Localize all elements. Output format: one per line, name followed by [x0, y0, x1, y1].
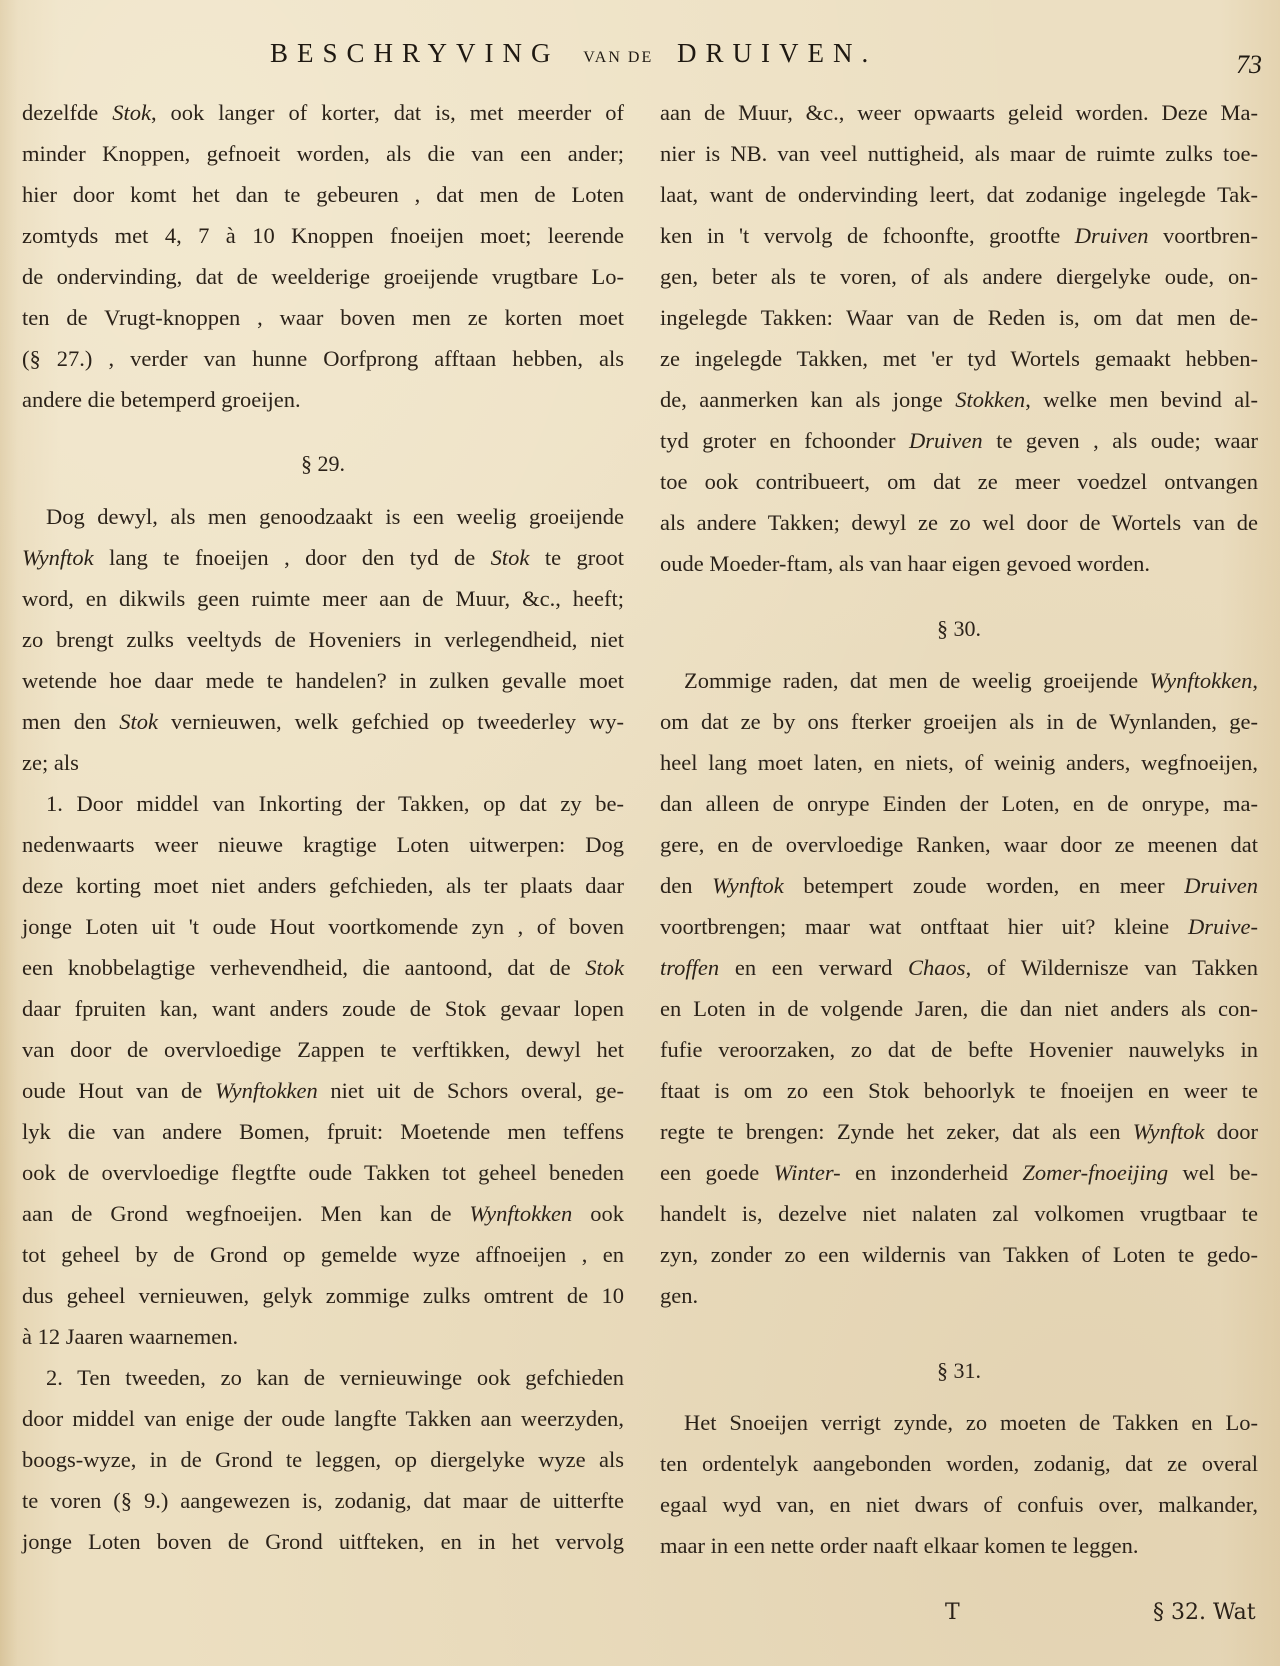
- text-line: ze ingelegde Takken, met 'er tyd Wortels…: [660, 342, 1258, 376]
- text-line: voortbrengen; maar wat ontftaat hier uit…: [660, 910, 1258, 944]
- text-segment: boogs-wyze, in de Grond te leggen, op di…: [22, 1447, 624, 1472]
- text-line: à 12 Jaaren waarnemen.: [22, 1320, 624, 1354]
- text-segment: fufie veroorzaken, zo dat de befte Hoven…: [660, 1037, 1258, 1062]
- text-line: heel lang moet laten, en niets, of weini…: [660, 746, 1258, 780]
- text-segment: ze; als: [22, 750, 79, 775]
- text-line: Dog dewyl, als men genoodzaakt is een we…: [22, 500, 624, 534]
- text-line: oude Hout van de Wynftokken niet uit de …: [22, 1074, 624, 1108]
- italic-term: Stok: [119, 709, 158, 734]
- text-line: te voren (§ 9.) aangewezen is, zodanig, …: [22, 1484, 624, 1518]
- text-segment: de, aanmerken kan als jonge: [660, 387, 955, 412]
- italic-term: Druiven: [909, 428, 983, 453]
- text-line: Het Snoeijen verrigt zynde, zo moeten de…: [660, 1406, 1258, 1440]
- text-segment: en inzonderheid: [841, 1160, 1023, 1185]
- page-number: 73: [1236, 50, 1262, 80]
- text-segment: van door de overvloedige Zappen te verft…: [22, 1037, 624, 1062]
- text-line: ingelegde Takken: Waar van de Reden is, …: [660, 301, 1258, 335]
- text-line: fufie veroorzaken, zo dat de befte Hoven…: [660, 1033, 1258, 1067]
- text-line: troffen en een verward Chaos, of Wildern…: [660, 951, 1258, 985]
- text-segment: door middel van enige der oude langfte T…: [22, 1406, 624, 1431]
- text-segment: (§ 27.) , verder van hunne Oorfprong aff…: [22, 346, 624, 371]
- text-line: nier is NB. van veel nuttigheid, als maa…: [660, 137, 1258, 171]
- italic-term: Stokken: [955, 387, 1025, 412]
- text-segment: lang te fnoeijen , door den tyd de: [94, 545, 491, 570]
- text-segment: oude Hout van de: [22, 1078, 215, 1103]
- text-segment: te groot: [529, 545, 624, 570]
- text-line: de ondervinding, dat de weelderige groei…: [22, 260, 624, 294]
- running-head-word-3: DRUIVEN.: [677, 38, 877, 68]
- catchword: § 32. Wat: [1153, 1600, 1256, 1625]
- text-segment: maar in een nette order naaft elkaar kom…: [660, 1533, 1139, 1558]
- text-segment: dezelfde: [22, 100, 112, 125]
- text-line: minder Knoppen, gefnoeit worden, als die…: [22, 137, 624, 171]
- text-segment: wel be-: [1168, 1160, 1258, 1185]
- text-segment: nier is NB. van veel nuttigheid, als maa…: [660, 141, 1258, 166]
- section-heading: § 30.: [660, 616, 1258, 642]
- text-segment: Dog dewyl, als men genoodzaakt is een we…: [46, 504, 624, 529]
- text-segment: aan de Muur, &c., weer opwaarts geleid w…: [660, 100, 1258, 125]
- text-line: ten ordentelyk aangebonden worden, zodan…: [660, 1447, 1258, 1481]
- text-segment: een knobbelagtige verhevendheid, die aan…: [22, 955, 585, 980]
- text-segment: wetende hoe daar mede te handelen? in zu…: [22, 668, 624, 693]
- text-segment: den: [660, 873, 712, 898]
- text-line: tyd groter en fchoonder Druiven te geven…: [660, 424, 1258, 458]
- text-line: een knobbelagtige verhevendheid, die aan…: [22, 951, 624, 985]
- text-segment: à 12 Jaaren waarnemen.: [22, 1324, 238, 1349]
- italic-term: troffen: [660, 955, 719, 980]
- text-segment: zyn, zonder zo een wildernis van Takken …: [660, 1242, 1258, 1267]
- text-line: (§ 27.) , verder van hunne Oorfprong aff…: [22, 342, 624, 376]
- text-line: andere die betemperd groeijen.: [22, 383, 624, 417]
- text-line: tot geheel by de Grond op gemelde wyze a…: [22, 1238, 624, 1272]
- text-segment: toe ook contribueert, om dat ze meer voe…: [660, 469, 1258, 494]
- text-line: daar fpruiten kan, want anders zoude de …: [22, 992, 624, 1026]
- text-segment: aan de Grond wegfnoeijen. Men kan de: [22, 1201, 469, 1226]
- text-segment: tot geheel by de Grond op gemelde wyze a…: [22, 1242, 624, 1267]
- text-line: gere, en de overvloedige Ranken, waar do…: [660, 828, 1258, 862]
- text-segment: voortbren-: [1149, 223, 1258, 248]
- text-line: ken in 't vervolg de fchoonfte, grootfte…: [660, 219, 1258, 253]
- text-segment: 2. Ten tweeden, zo kan de vernieuwinge o…: [46, 1365, 624, 1390]
- text-segment: zomtyds met 4, 7 à 10 Knoppen fnoeijen m…: [22, 223, 624, 248]
- text-segment: nedenwaarts weer nieuwe kragtige Loten u…: [22, 832, 624, 857]
- text-line: ze; als: [22, 746, 624, 780]
- text-segment: , ook langer of korter, dat is, met meer…: [151, 100, 624, 125]
- text-line: gen, beter als te voren, of als andere d…: [660, 260, 1258, 294]
- text-segment: en Loten in de volgende Jaren, die dan n…: [660, 996, 1258, 1021]
- text-segment: heel lang moet laten, en niets, of weini…: [660, 750, 1258, 775]
- text-line: Zommige raden, dat men de weelig groeije…: [660, 664, 1258, 698]
- text-line: ook de overvloedige flegtfte oude Takken…: [22, 1156, 624, 1190]
- text-segment: vernieuwen, welk gefchied op tweederley …: [158, 709, 624, 734]
- text-segment: betempert zoude worden, en meer: [784, 873, 1185, 898]
- text-segment: ze ingelegde Takken, met 'er tyd Wortels…: [660, 346, 1258, 371]
- text-segment: 1. Door middel van Inkorting der Takken,…: [46, 791, 624, 816]
- text-segment: zo brengt zulks veeltyds de Hoveniers in…: [22, 627, 624, 652]
- text-line: boogs-wyze, in de Grond te leggen, op di…: [22, 1443, 624, 1477]
- text-segment: als andere Takken; dewyl ze zo wel door …: [660, 510, 1258, 535]
- text-line: zyn, zonder zo een wildernis van Takken …: [660, 1238, 1258, 1272]
- text-segment: oude Moeder-ftam, als van haar eigen gev…: [660, 551, 1150, 576]
- text-segment: handelt is, dezelve niet nalaten zal vol…: [660, 1201, 1258, 1226]
- text-segment: word, en dikwils geen ruimte meer aan de…: [22, 586, 624, 611]
- text-segment: en een verward: [719, 955, 908, 980]
- text-line: zomtyds met 4, 7 à 10 Knoppen fnoeijen m…: [22, 219, 624, 253]
- text-line: lyk die van andere Bomen, fpruit: Moeten…: [22, 1115, 624, 1149]
- italic-term: Chaos: [908, 955, 966, 980]
- text-line: toe ook contribueert, om dat ze meer voe…: [660, 465, 1258, 499]
- text-line: door middel van enige der oude langfte T…: [22, 1402, 624, 1436]
- text-line: om dat ze by ons fterker groeijen als in…: [660, 705, 1258, 739]
- text-line: gen.: [660, 1279, 1258, 1313]
- text-line: zo brengt zulks veeltyds de Hoveniers in…: [22, 623, 624, 657]
- text-segment: ook de overvloedige flegtfte oude Takken…: [22, 1160, 624, 1185]
- italic-term: Stok: [112, 100, 151, 125]
- text-line: als andere Takken; dewyl ze zo wel door …: [660, 506, 1258, 540]
- running-head-word-1: BESCHRYVING: [270, 38, 560, 68]
- italic-term: Druiven: [1184, 873, 1258, 898]
- text-segment: andere die betemperd groeijen.: [22, 387, 301, 412]
- text-line: wetende hoe daar mede te handelen? in zu…: [22, 664, 624, 698]
- text-line: nedenwaarts weer nieuwe kragtige Loten u…: [22, 828, 624, 862]
- text-segment: dus geheel vernieuwen, gelyk zommige zul…: [22, 1283, 624, 1308]
- text-segment: minder Knoppen, gefnoeit worden, als die…: [22, 141, 624, 166]
- text-segment: jonge Loten boven de Grond uitfteken, en…: [22, 1529, 624, 1554]
- text-line: men den Stok vernieuwen, welk gefchied o…: [22, 705, 624, 739]
- text-segment: regte te brengen: Zynde het zeker, dat a…: [660, 1119, 1133, 1144]
- text-segment: te geven , als oude; waar: [983, 428, 1258, 453]
- text-segment: gere, en de overvloedige Ranken, waar do…: [660, 832, 1258, 857]
- text-segment: ook: [572, 1201, 624, 1226]
- text-segment: niet uit de Schors overal, ge-: [318, 1078, 624, 1103]
- text-line: jonge Loten boven de Grond uitfteken, en…: [22, 1525, 624, 1559]
- text-segment: tyd groter en fchoonder: [660, 428, 909, 453]
- text-line: een goede Winter- en inzonderheid Zomer-…: [660, 1156, 1258, 1190]
- text-line: deze korting moet niet anders gefchieden…: [22, 869, 624, 903]
- text-line: aan de Muur, &c., weer opwaarts geleid w…: [660, 96, 1258, 130]
- italic-term: Zomer-fnoeijing: [1022, 1160, 1168, 1185]
- text-segment: ken in 't vervolg de fchoonfte, grootfte: [660, 223, 1075, 248]
- italic-term: Winter-: [774, 1160, 841, 1185]
- text-segment: te voren (§ 9.) aangewezen is, zodanig, …: [22, 1488, 624, 1513]
- text-segment: egaal wyd van, en niet dwars of confuis …: [660, 1492, 1258, 1517]
- italic-term: Druiven: [1075, 223, 1149, 248]
- text-segment: jonge Loten uit 't oude Hout voortkomend…: [22, 914, 624, 939]
- italic-term: Wynftok: [22, 545, 94, 570]
- text-segment: een goede: [660, 1160, 774, 1185]
- text-segment: Het Snoeijen verrigt zynde, zo moeten de…: [684, 1410, 1258, 1435]
- text-line: handelt is, dezelve niet nalaten zal vol…: [660, 1197, 1258, 1231]
- text-line: word, en dikwils geen ruimte meer aan de…: [22, 582, 624, 616]
- text-line: oude Moeder-ftam, als van haar eigen gev…: [660, 547, 1258, 581]
- text-line: ten de Vrugt-knoppen , waar boven men ze…: [22, 301, 624, 335]
- text-line: ftaat is om zo een Stok behoorlyk te fno…: [660, 1074, 1258, 1108]
- text-segment: hier door komt het dan te gebeuren , dat…: [22, 182, 624, 207]
- text-segment: dan alleen de onrype Einden der Loten, e…: [660, 791, 1258, 816]
- text-segment: de ondervinding, dat de weelderige groei…: [22, 264, 624, 289]
- text-segment: , of Wildernisze van Takken: [966, 955, 1258, 980]
- text-segment: , welke men bevind al-: [1025, 387, 1258, 412]
- text-line: dezelfde Stok, ook langer of korter, dat…: [22, 96, 624, 130]
- book-page: BESCHRYVING VAN DE DRUIVEN. 73 dezelfde …: [0, 0, 1280, 1666]
- text-segment: ingelegde Takken: Waar van de Reden is, …: [660, 305, 1258, 330]
- text-segment: ten de Vrugt-knoppen , waar boven men ze…: [22, 305, 624, 330]
- text-segment: ten ordentelyk aangebonden worden, zodan…: [660, 1451, 1258, 1476]
- text-line: aan de Grond wegfnoeijen. Men kan de Wyn…: [22, 1197, 624, 1231]
- text-segment: laat, want de ondervinding leert, dat zo…: [660, 182, 1258, 207]
- text-segment: lyk die van andere Bomen, fpruit: Moeten…: [22, 1119, 624, 1144]
- text-line: Wynftok lang te fnoeijen , door den tyd …: [22, 541, 624, 575]
- text-line: 2. Ten tweeden, zo kan de vernieuwinge o…: [22, 1361, 624, 1395]
- text-line: jonge Loten uit 't oude Hout voortkomend…: [22, 910, 624, 944]
- text-segment: voortbrengen; maar wat ontftaat hier uit…: [660, 914, 1188, 939]
- text-line: en Loten in de volgende Jaren, die dan n…: [660, 992, 1258, 1026]
- text-segment: men den: [22, 709, 119, 734]
- running-head-word-2: VAN DE: [583, 49, 653, 66]
- section-heading: § 31.: [660, 1358, 1258, 1384]
- italic-term: Wynftokken: [215, 1078, 318, 1103]
- text-segment: ftaat is om zo een Stok behoorlyk te fno…: [660, 1078, 1258, 1103]
- italic-term: Wynftokken: [1149, 668, 1252, 693]
- text-line: laat, want de ondervinding leert, dat zo…: [660, 178, 1258, 212]
- signature-mark: T: [945, 1600, 960, 1625]
- section-heading: § 29.: [22, 451, 624, 477]
- italic-term: Wynftokken: [469, 1201, 572, 1226]
- italic-term: Stok: [491, 545, 530, 570]
- text-segment: daar fpruiten kan, want anders zoude de …: [22, 996, 624, 1021]
- italic-term: Stok: [585, 955, 624, 980]
- running-head: BESCHRYVING VAN DE DRUIVEN.: [270, 38, 1050, 69]
- text-segment: om dat ze by ons fterker groeijen als in…: [660, 709, 1258, 734]
- text-line: dus geheel vernieuwen, gelyk zommige zul…: [22, 1279, 624, 1313]
- text-segment: ,: [1252, 668, 1258, 693]
- text-segment: deze korting moet niet anders gefchieden…: [22, 873, 624, 898]
- text-line: hier door komt het dan te gebeuren , dat…: [22, 178, 624, 212]
- text-segment: gen.: [660, 1283, 698, 1308]
- text-line: 1. Door middel van Inkorting der Takken,…: [22, 787, 624, 821]
- text-segment: gen, beter als te voren, of als andere d…: [660, 264, 1258, 289]
- text-line: dan alleen de onrype Einden der Loten, e…: [660, 787, 1258, 821]
- italic-term: Druive-: [1188, 914, 1258, 939]
- text-line: den Wynftok betempert zoude worden, en m…: [660, 869, 1258, 903]
- italic-term: Wynftok: [1133, 1119, 1205, 1144]
- italic-term: Wynftok: [712, 873, 784, 898]
- text-line: de, aanmerken kan als jonge Stokken, wel…: [660, 383, 1258, 417]
- text-line: van door de overvloedige Zappen te verft…: [22, 1033, 624, 1067]
- text-segment: Zommige raden, dat men de weelig groeije…: [684, 668, 1149, 693]
- text-line: maar in een nette order naaft elkaar kom…: [660, 1529, 1258, 1563]
- text-line: egaal wyd van, en niet dwars of confuis …: [660, 1488, 1258, 1522]
- text-line: regte te brengen: Zynde het zeker, dat a…: [660, 1115, 1258, 1149]
- text-segment: door: [1204, 1119, 1258, 1144]
